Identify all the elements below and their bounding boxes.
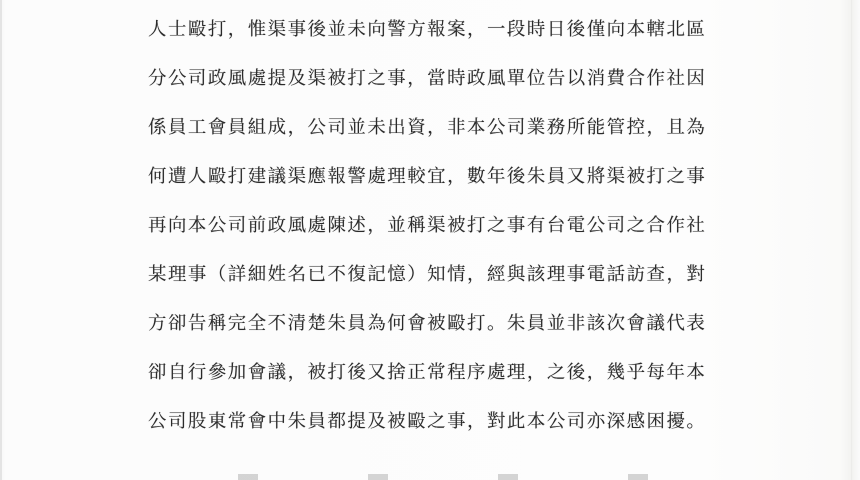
scan-edge-left [0,0,2,480]
text-line-1: 人士毆打，惟渠事後並未向警方報案，一段時日後僅向本轄北區 [148,14,768,63]
cutoff-text-line [148,470,728,480]
text-line-8: 卻自行參加會議，被打後又捨正常程序處理，之後，幾乎每年本 [148,357,768,406]
text-line-4: 何遭人毆打建議渠應報警處理較宜，數年後朱員又將渠被打之事 [148,161,768,210]
text-line-6: 某理事（詳細姓名已不復記憶）知情，經與該理事電話訪查，對 [148,259,768,308]
text-line-7: 方卻告稱完全不清楚朱員為何會被毆打。朱員並非該次會議代表 [148,308,768,357]
document-body: 人士毆打，惟渠事後並未向警方報案，一段時日後僅向本轄北區 分公司政風處提及渠被打… [148,14,768,455]
scan-edge-right [851,0,852,480]
text-line-3: 係員工會員組成，公司並未出資，非本公司業務所能管控，且為 [148,112,768,161]
cutoff-text-fragment [148,474,728,480]
text-line-9: 公司股東常會中朱員都提及被毆之事，對此本公司亦深感困擾。 [148,406,768,455]
text-line-2: 分公司政風處提及渠被打之事，當時政風單位告以消費合作社因 [148,63,768,112]
scanned-page: 人士毆打，惟渠事後並未向警方報案，一段時日後僅向本轄北區 分公司政風處提及渠被打… [0,0,860,480]
text-line-5: 再向本公司前政風處陳述，並稱渠被打之事有台電公司之合作社 [148,210,768,259]
